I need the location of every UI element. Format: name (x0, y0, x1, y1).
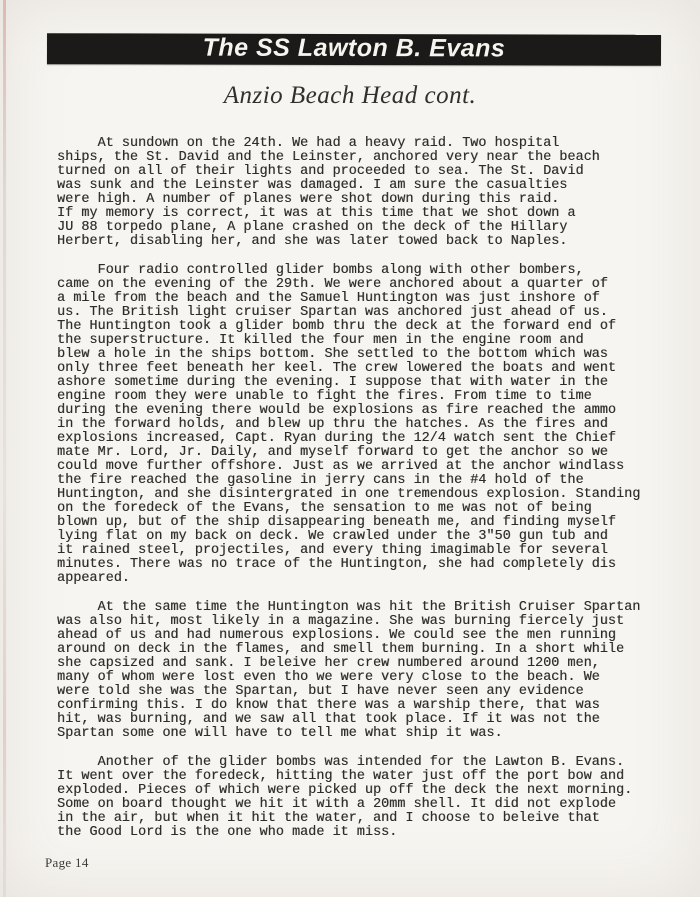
page-title: The SS Lawton B. Evans (203, 34, 506, 64)
paragraph-4: Another of the glider bombs was intended… (57, 756, 672, 840)
scanned-page: The SS Lawton B. Evans Anzio Beach Head … (0, 0, 700, 897)
header-bar: The SS Lawton B. Evans (47, 33, 661, 66)
paragraph-3: At the same time the Huntington was hit … (57, 601, 672, 741)
paragraph-1: At sundown on the 24th. We had a heavy r… (57, 137, 672, 249)
section-subtitle: Anzio Beach Head cont. (0, 82, 700, 110)
page-number: Page 14 (45, 855, 89, 871)
paragraph-2: Four radio controlled glider bombs along… (57, 264, 672, 586)
page-left-edge (3, 0, 6, 897)
body-text: At sundown on the 24th. We had a heavy r… (57, 137, 672, 855)
